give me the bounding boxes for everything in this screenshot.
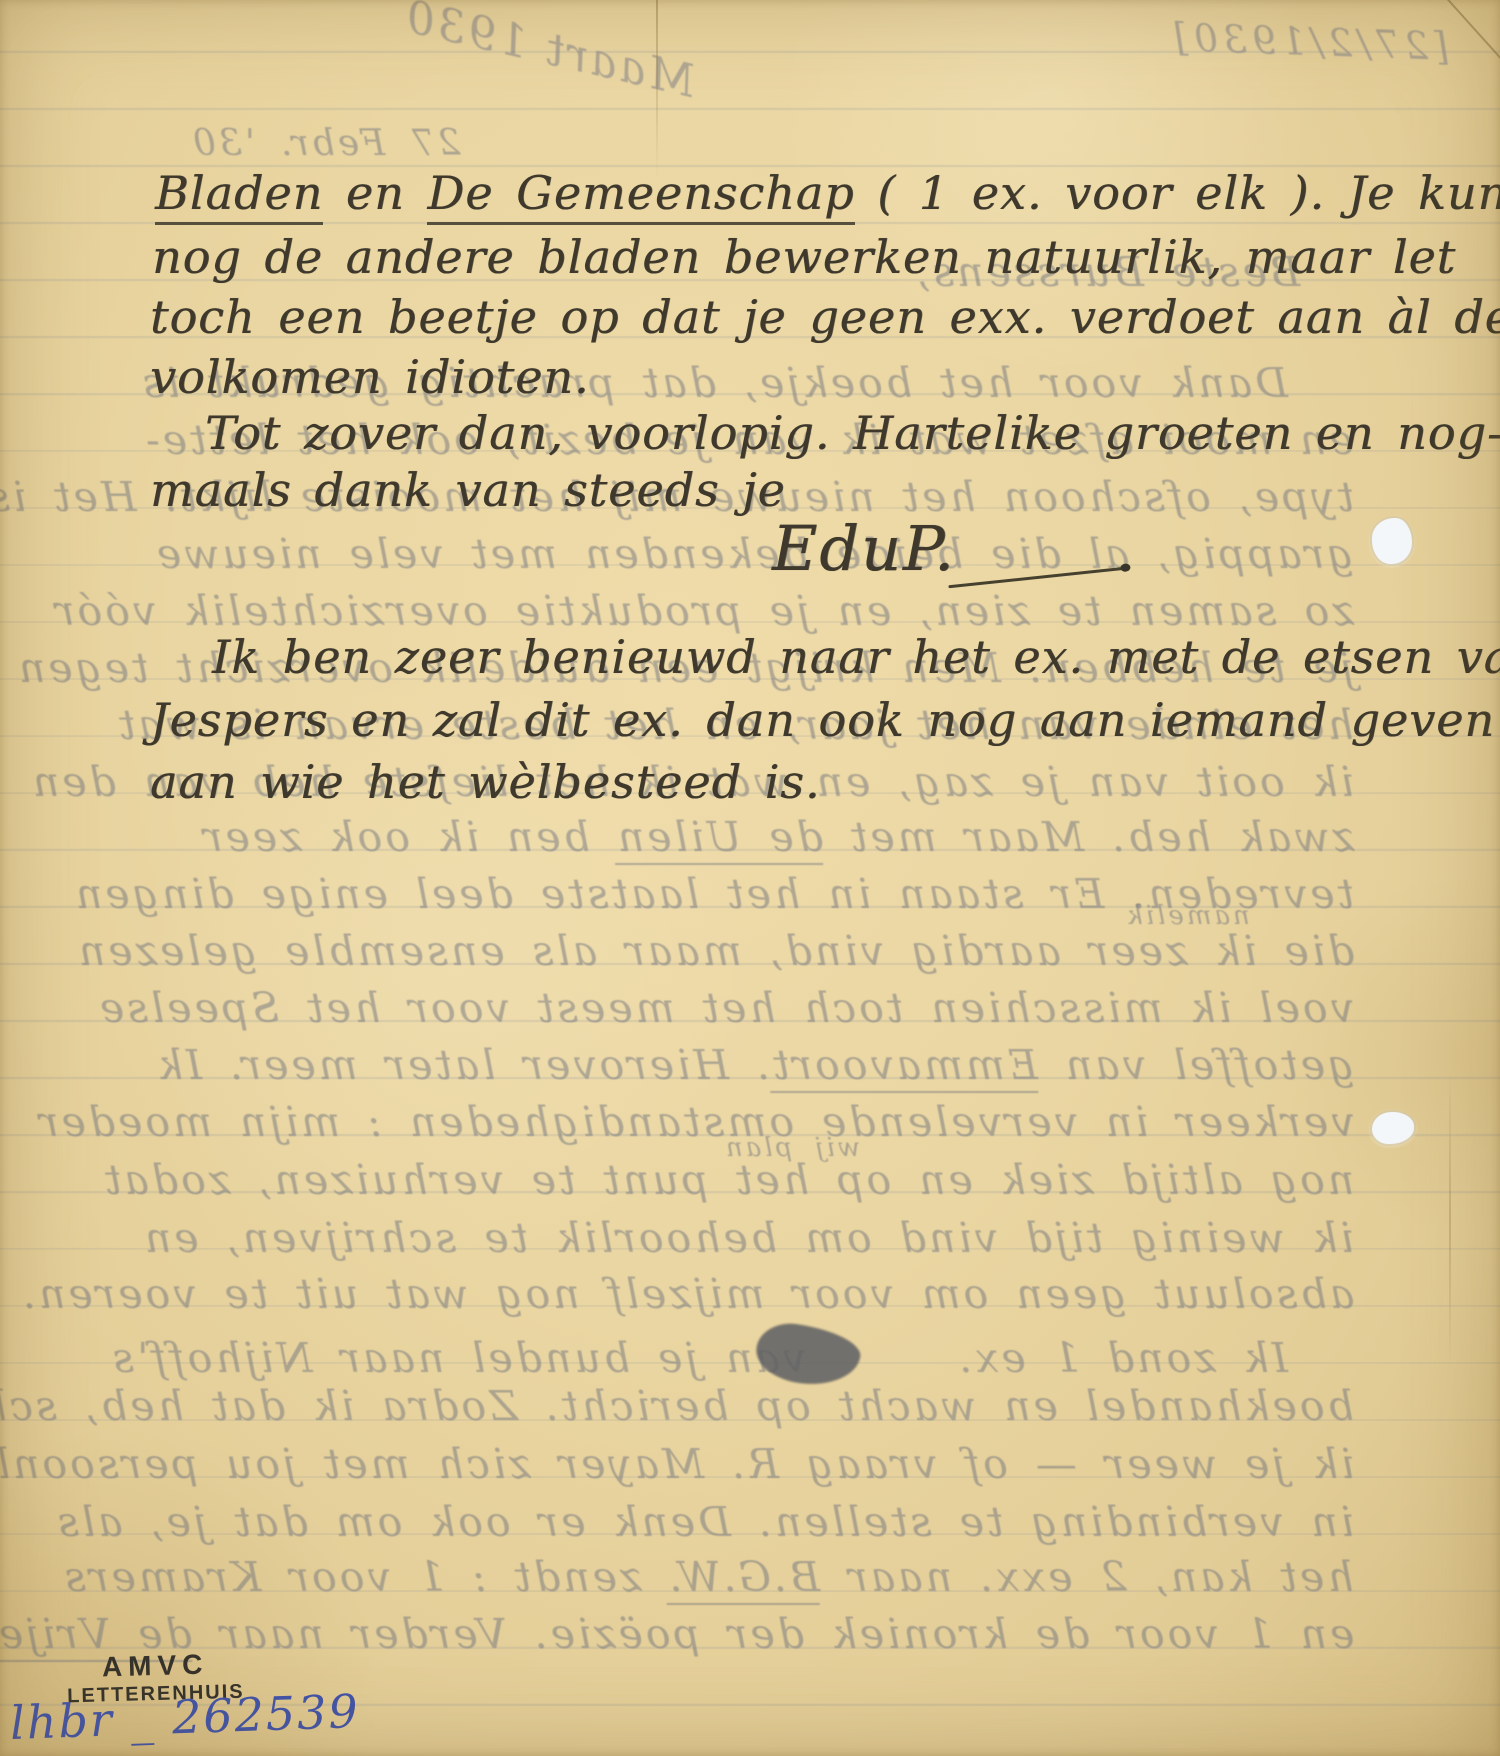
- paper-hole: [1372, 518, 1412, 564]
- letter-line: Ik ben zeer benieuwd naar het ex. met de…: [212, 632, 1500, 683]
- letter-line: aan wie het wèlbesteed is.: [150, 757, 821, 808]
- letter-line: Tot zover dan, voorlopig. Hartelike groe…: [205, 408, 1500, 459]
- letter-text-layer: Bladen en De Gemeenschap ( 1 ex. voor el…: [0, 0, 1500, 1756]
- archive-stamp-line1: AMVC: [57, 1647, 253, 1684]
- letter-line: toch een beetje op dat je geen exx. verd…: [150, 292, 1500, 343]
- letter-line: nog de andere bladen bewerken natuurlik,…: [152, 232, 1456, 283]
- letter-line: volkomen idioten.: [150, 352, 590, 403]
- letter-line: Jespers en zal dit ex. dan ook nog aan i…: [150, 695, 1495, 746]
- letter-line: maals dank van steeds je: [150, 465, 786, 516]
- letter-scan-page: 27 Febr. '30Beste Burssens,Dank voor het…: [0, 0, 1500, 1756]
- signature: EduP.: [772, 512, 956, 585]
- letter-line: Bladen en De Gemeenschap ( 1 ex. voor el…: [155, 168, 1500, 219]
